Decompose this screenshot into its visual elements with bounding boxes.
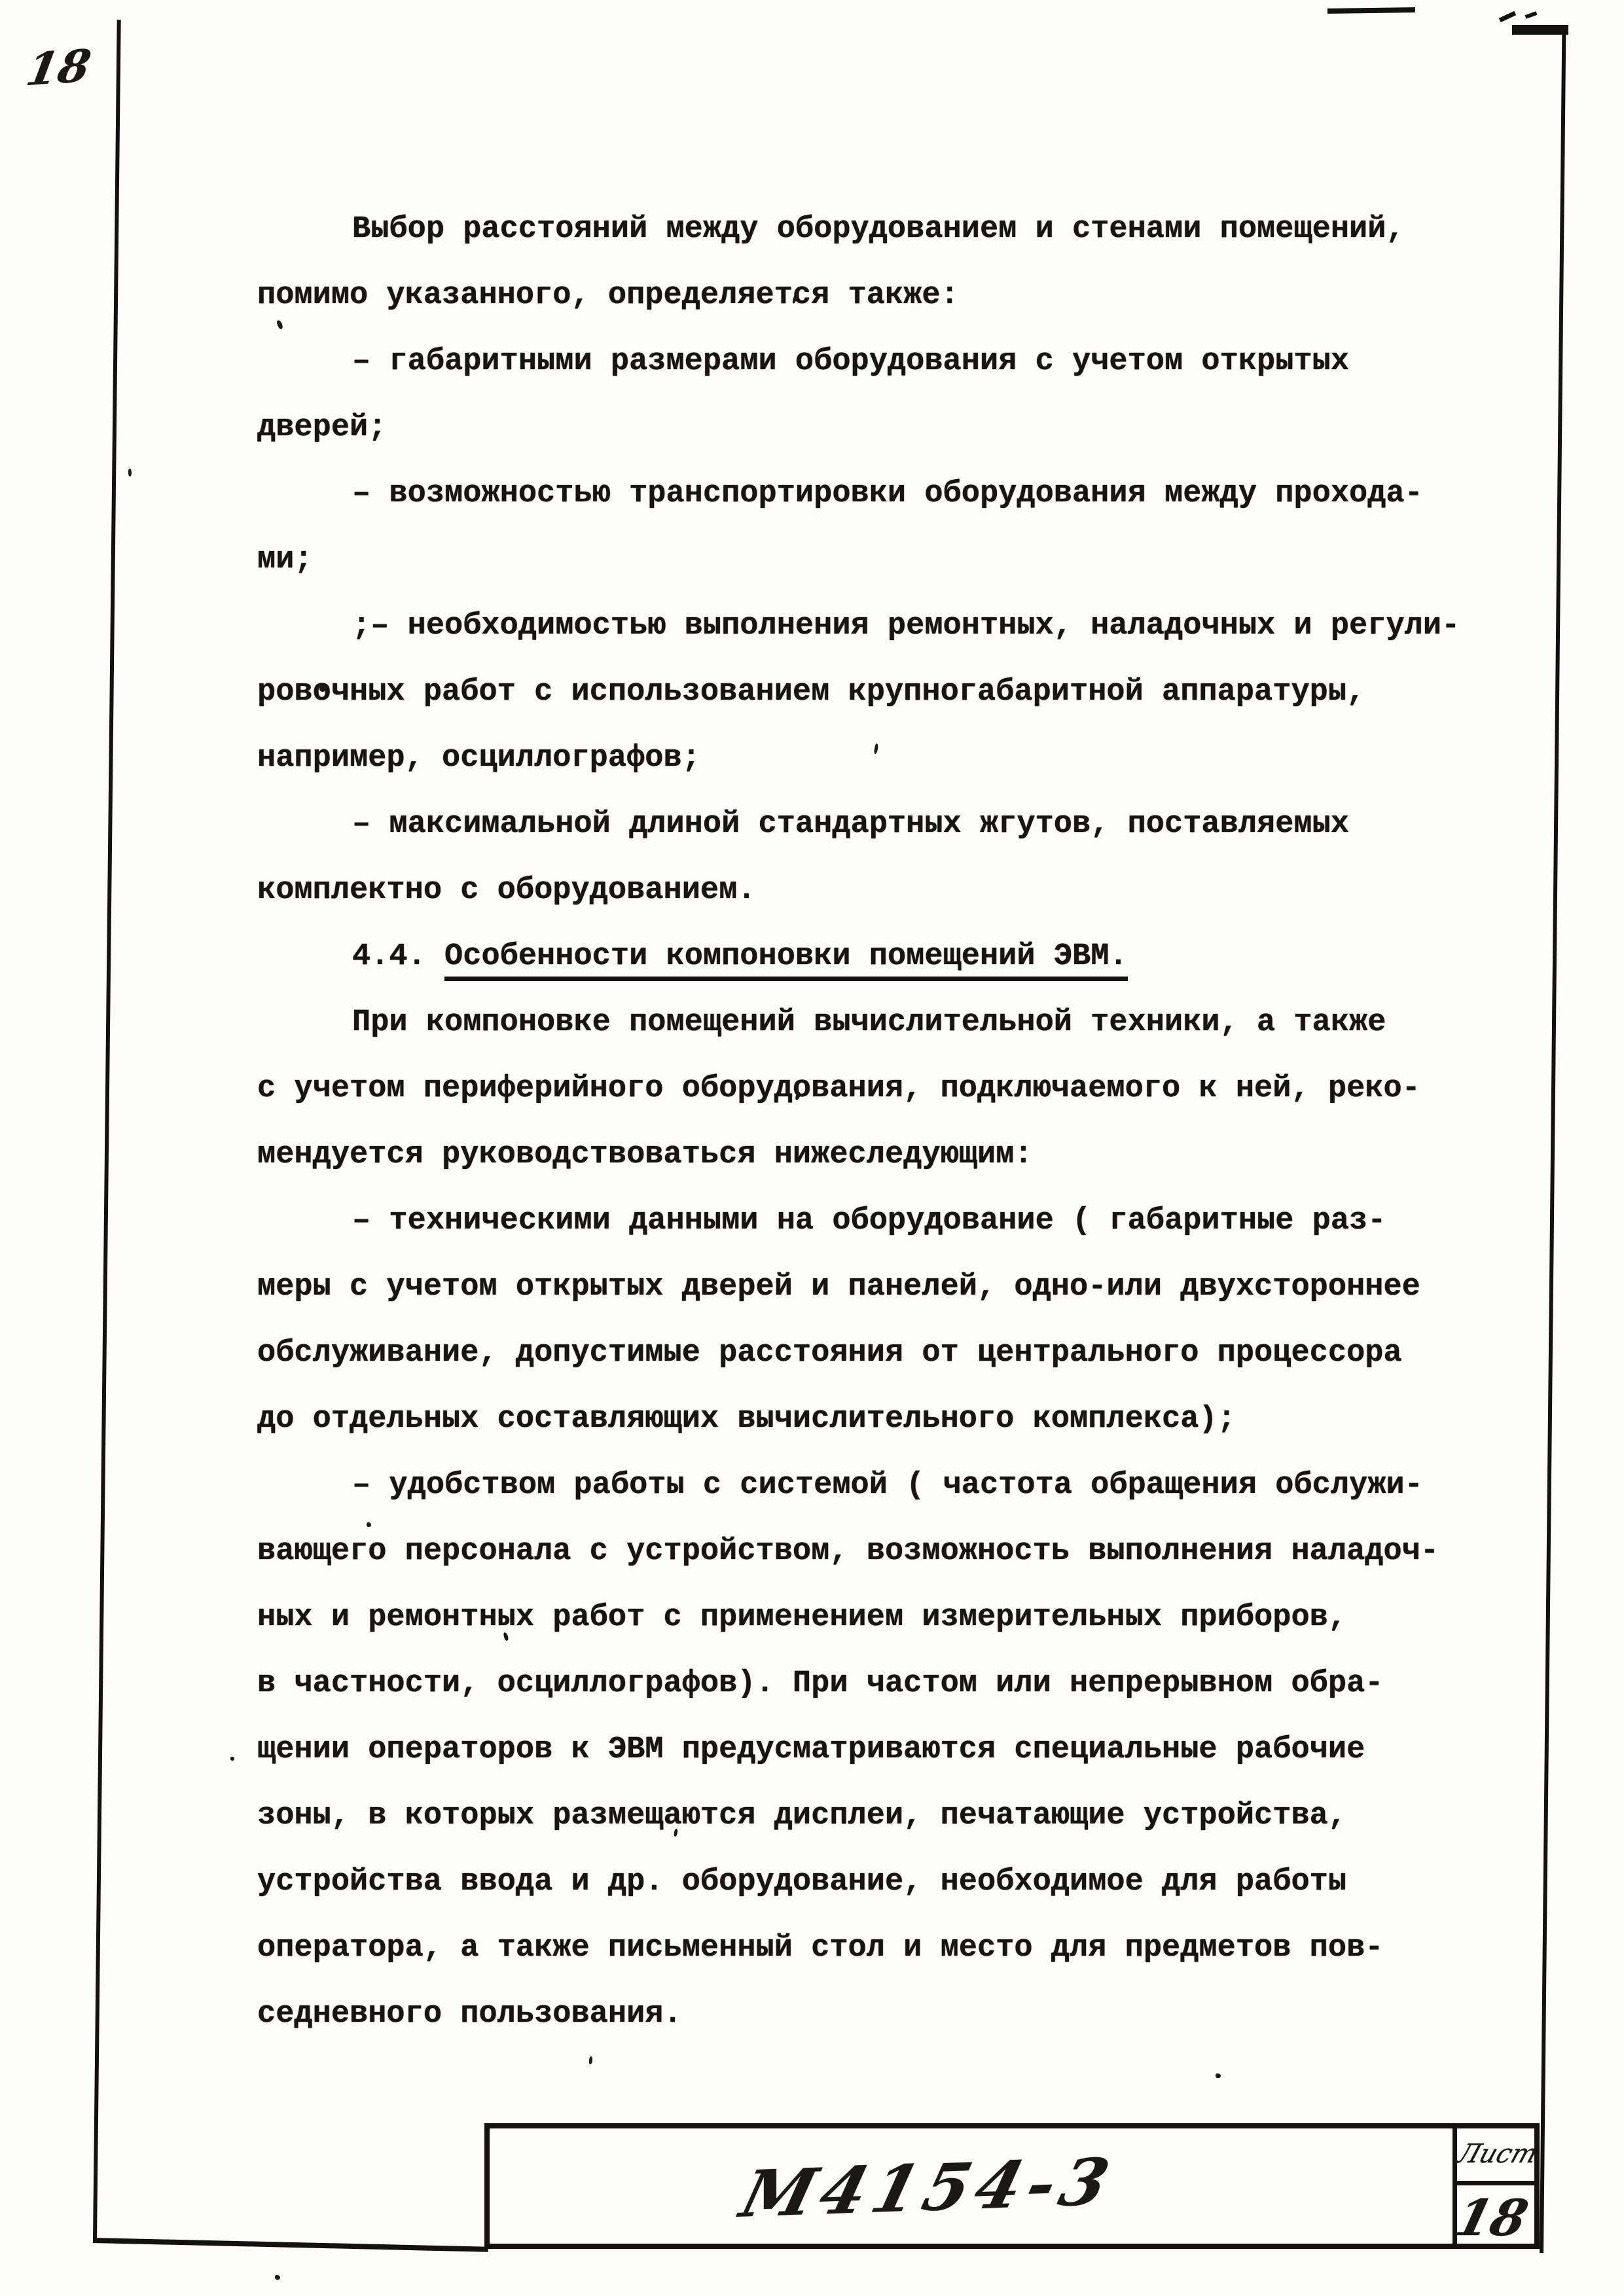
page-border-right bbox=[1540, 29, 1566, 2253]
section-heading-underlined: Особенности компоновки помещений ЭВМ. bbox=[444, 939, 1128, 981]
page-border-left bbox=[93, 20, 121, 2240]
text-line: ;– необходимостью выполнения ремонтных, … bbox=[257, 593, 1442, 659]
ink-speck bbox=[275, 2275, 280, 2280]
text-line: например, осциллографов; bbox=[257, 725, 1442, 791]
text-line: устройства ввода и др. оборудование, нео… bbox=[257, 1849, 1442, 1915]
ink-speck bbox=[128, 469, 132, 476]
ink-speck bbox=[1216, 2073, 1221, 2078]
ink-tick-mark bbox=[1525, 11, 1538, 19]
page-border-bottom bbox=[93, 2238, 488, 2252]
text-line: – максимальной длиной стандартных жгутов… bbox=[257, 791, 1442, 857]
text-line: При компоновке помещений вычислительной … bbox=[257, 990, 1442, 1056]
text-line: дверей; bbox=[257, 395, 1442, 461]
ink-speck bbox=[319, 685, 326, 692]
text-line: обслуживание, допустимые расстояния от ц… bbox=[257, 1320, 1442, 1386]
text-line: Выбор расстояний между оборудованием и с… bbox=[257, 196, 1442, 262]
text-line: вающего персонала с устройством, возможн… bbox=[257, 1518, 1442, 1585]
page-border-top-cap bbox=[1512, 25, 1568, 35]
text-line: до отдельных составляющих вычислительног… bbox=[257, 1386, 1442, 1452]
text-line: ми; bbox=[257, 527, 1442, 593]
text-line: – удобством работы с системой ( частота … bbox=[257, 1452, 1442, 1518]
title-block-divider-horizontal bbox=[1457, 2181, 1534, 2185]
text-line: – техническими данными на оборудование (… bbox=[257, 1188, 1442, 1254]
ink-speck bbox=[929, 1212, 935, 1217]
text-line: седневного пользования. bbox=[257, 1981, 1442, 2047]
text-line: мендуется руководствоваться нижеследующи… bbox=[257, 1122, 1442, 1188]
page-border-top-stub bbox=[1327, 7, 1415, 14]
scanned-page: 18 Выбор расстояний между оборудованием … bbox=[0, 0, 1624, 2296]
page-number-handwritten: 18 bbox=[22, 40, 94, 96]
ink-speck bbox=[588, 2056, 593, 2065]
text-line: – возможностью транспортировки оборудова… bbox=[257, 461, 1442, 527]
text-line: 4.4. Особенности компоновки помещений ЭВ… bbox=[257, 924, 1442, 990]
text-line: меры с учетом открытых дверей и панелей,… bbox=[257, 1254, 1442, 1320]
text-line: ровочных работ с использованием крупнога… bbox=[257, 659, 1442, 725]
document-number-handwritten: М4154-3 bbox=[734, 2144, 1123, 2232]
text-line: комплектно с оборудованием. bbox=[257, 857, 1442, 924]
sheet-number-handwritten: 18 bbox=[1450, 2189, 1526, 2247]
document-body: Выбор расстояний между оборудованием и с… bbox=[257, 196, 1442, 2047]
text-line: щении операторов к ЭВМ предусматриваются… bbox=[257, 1717, 1442, 1783]
ink-speck bbox=[230, 1757, 234, 1761]
sheet-label-handwritten: Лист bbox=[1454, 2139, 1532, 2169]
ink-speck bbox=[367, 1522, 371, 1527]
text-line: – габаритными размерами оборудования с у… bbox=[257, 329, 1442, 395]
text-line: в частности, осциллографов). При частом … bbox=[257, 1651, 1442, 1717]
text-line: помимо указанного, определяется также: bbox=[257, 262, 1442, 329]
section-number: 4.4. bbox=[352, 939, 444, 974]
text-line: ных и ремонтных работ с применением изме… bbox=[257, 1585, 1442, 1651]
text-line: с учетом периферийного оборудования, под… bbox=[257, 1056, 1442, 1122]
title-block: М4154-3 Лист 18 bbox=[484, 2123, 1540, 2249]
ink-tick-mark bbox=[1499, 11, 1517, 22]
text-line: оператора, а также письменный стол и мес… bbox=[257, 1915, 1442, 1981]
text-line: зоны, в которых размещаются дисплеи, печ… bbox=[257, 1783, 1442, 1849]
